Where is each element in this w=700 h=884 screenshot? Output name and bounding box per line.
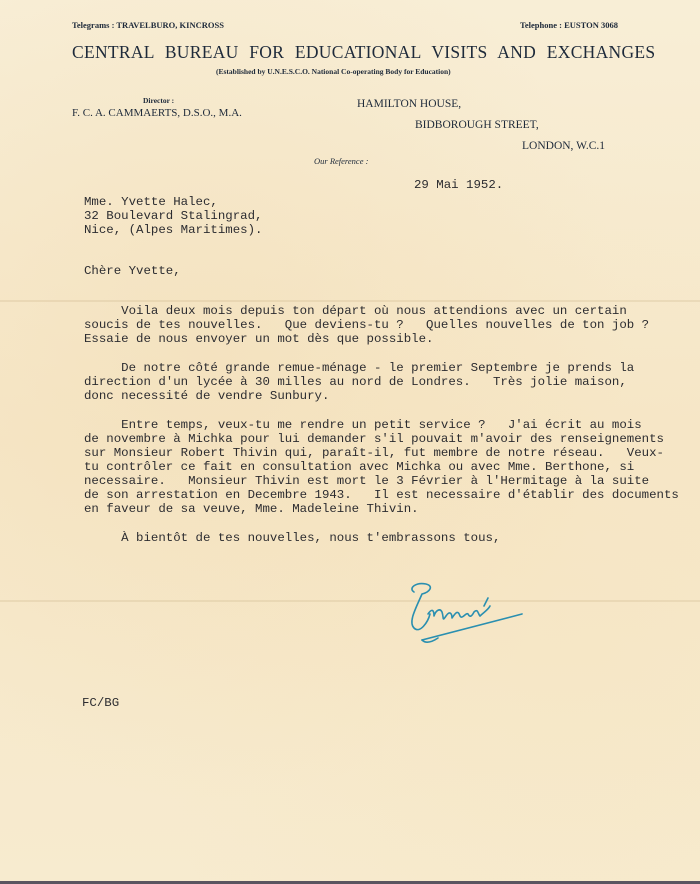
body-line: necessaire. Monsieur Thivin est mort le …: [84, 474, 649, 488]
body-line: Entre temps, veux-tu me rendre un petit …: [84, 418, 642, 432]
director-label: Director :: [143, 96, 174, 105]
director-name: F. C. A. CAMMAERTS, D.S.O., M.A.: [72, 107, 242, 119]
body-line: de novembre à Michka pour lui demander s…: [84, 432, 664, 446]
telephone-line: Telephone : EUSTON 3068: [520, 20, 618, 30]
recipient-name: Mme. Yvette Halec,: [84, 195, 218, 209]
body-line: direction d'un lycée à 30 milles au nord…: [84, 375, 627, 389]
recipient-city: Nice, (Alpes Maritimes).: [84, 223, 262, 237]
recipient-street: 32 Boulevard Stalingrad,: [84, 209, 262, 223]
address-line-3: LONDON, W.C.1: [522, 140, 605, 152]
organization-title: CENTRAL BUREAU FOR EDUCATIONAL VISITS AN…: [72, 42, 655, 63]
handwritten-signature: [404, 578, 534, 650]
body-line: de son arrestation en Decembre 1943. Il …: [84, 488, 679, 502]
body-line: tu contrôler ce fait en consultation ave…: [84, 460, 634, 474]
address-line-1: HAMILTON HOUSE,: [357, 98, 461, 110]
body-line: Essaie de nous envoyer un mot dès que po…: [84, 332, 433, 346]
letter-date: 29 Mai 1952.: [414, 178, 503, 192]
salutation: Chère Yvette,: [84, 264, 181, 278]
reference-label: Our Reference :: [314, 156, 368, 166]
paper-fold: [0, 600, 700, 602]
body-line: sur Monsieur Robert Thivin qui, paraît-i…: [84, 446, 664, 460]
body-line: soucis de tes nouvelles. Que deviens-tu …: [84, 318, 649, 332]
address-line-2: BIDBOROUGH STREET,: [415, 119, 539, 131]
body-line: donc necessité de vendre Sunbury.: [84, 389, 329, 403]
body-line: De notre côté grande remue-ménage - le p…: [84, 361, 634, 375]
paper-fold: [0, 300, 700, 302]
closing-line: À bientôt de tes nouvelles, nous t'embra…: [84, 531, 500, 545]
reference-initials: FC/BG: [82, 696, 119, 710]
established-note: (Established by U.N.E.S.C.O. National Co…: [216, 67, 451, 76]
body-line: en faveur de sa veuve, Mme. Madeleine Th…: [84, 502, 419, 516]
body-line: Voila deux mois depuis ton départ où nou…: [84, 304, 627, 318]
telegrams-line: Telegrams : TRAVELBURO, KINCROSS: [72, 20, 224, 30]
